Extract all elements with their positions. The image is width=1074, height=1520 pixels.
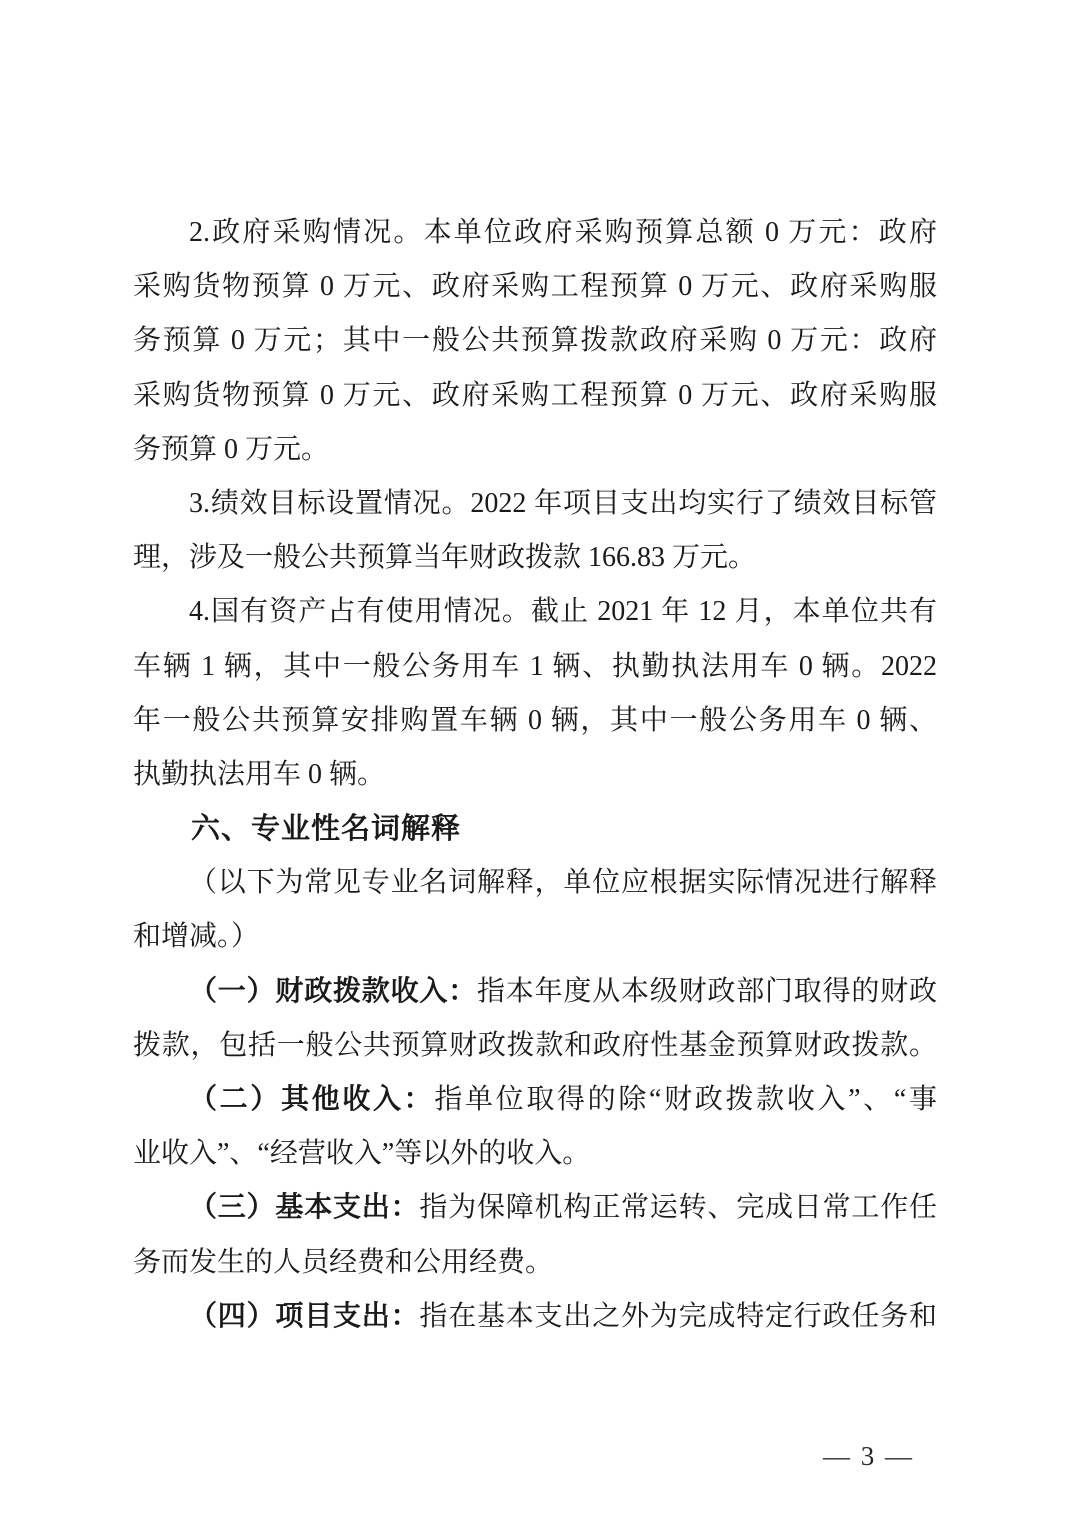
procurement-line-4: 采购货物预算 0 万元、政府采购工程预算 0 万元、政府采购服 xyxy=(133,369,937,423)
glossary-note-line-1: （以下为常见专业名词解释，单位应根据实际情况进行解释 xyxy=(133,856,937,910)
glossary-section-heading: 六、专业性名词解释 xyxy=(133,802,937,856)
term-other-income-line-1: （二）其他收入：指单位取得的除“财政拨款收入”、“事 xyxy=(133,1073,937,1127)
term-basic-expenditure-line-2: 务而发生的人员经费和公用经费。 xyxy=(133,1236,937,1290)
glossary-note-line-2: 和增减。） xyxy=(133,910,937,964)
procurement-line-3: 务预算 0 万元；其中一般公共预算拨款政府采购 0 万元：政府 xyxy=(133,314,937,368)
state-assets-line-1: 4.国有资产占有使用情况。截止 2021 年 12 月，本单位共有 xyxy=(133,585,937,639)
term-definition-fiscal-appropriation-income: 指本年度从本级财政部门取得的财政 xyxy=(477,976,937,1007)
term-fiscal-appropriation-income-line-1: （一）财政拨款收入：指本年度从本级财政部门取得的财政 xyxy=(133,965,937,1019)
term-definition-project-expenditure: 指在基本支出之外为完成特定行政任务和 xyxy=(419,1301,937,1332)
term-definition-basic-expenditure: 指为保障机构正常运转、完成日常工作任 xyxy=(419,1192,937,1223)
term-fiscal-appropriation-income-line-2: 拨款，包括一般公共预算财政拨款和政府性基金预算财政拨款。 xyxy=(133,1019,937,1073)
term-other-income-line-2: 业收入”、“经营收入”等以外的收入。 xyxy=(133,1127,937,1181)
procurement-line-2: 采购货物预算 0 万元、政府采购工程预算 0 万元、政府采购服 xyxy=(133,260,937,314)
page-number: — 3 — xyxy=(823,1441,914,1471)
term-basic-expenditure-line-1: （三）基本支出：指为保障机构正常运转、完成日常工作任 xyxy=(133,1181,937,1235)
procurement-line-1: 2.政府采购情况。本单位政府采购预算总额 0 万元：政府 xyxy=(133,206,937,260)
performance-goals-line-1: 3.绩效目标设置情况。2022 年项目支出均实行了绩效目标管 xyxy=(133,477,937,531)
state-assets-line-2: 车辆 1 辆，其中一般公务用车 1 辆、执勤执法用车 0 辆。2022 xyxy=(133,640,937,694)
term-label-other-income: （二）其他收入： xyxy=(189,1084,434,1115)
term-label-project-expenditure: （四）项目支出： xyxy=(189,1301,419,1332)
term-label-basic-expenditure: （三）基本支出： xyxy=(189,1192,419,1223)
procurement-line-5: 务预算 0 万元。 xyxy=(133,423,937,477)
term-project-expenditure-line-1: （四）项目支出：指在基本支出之外为完成特定行政任务和 xyxy=(133,1290,937,1344)
state-assets-line-4: 执勤执法用车 0 辆。 xyxy=(133,748,937,802)
page-footer: — 3 — xyxy=(788,1410,914,1503)
term-label-fiscal-appropriation-income: （一）财政拨款收入： xyxy=(189,976,477,1007)
document-content: 2.政府采购情况。本单位政府采购预算总额 0 万元：政府 采购货物预算 0 万元… xyxy=(133,206,937,1344)
document-page: 2.政府采购情况。本单位政府采购预算总额 0 万元：政府 采购货物预算 0 万元… xyxy=(0,0,1074,1520)
term-definition-other-income: 指单位取得的除“财政拨款收入”、“事 xyxy=(434,1084,937,1115)
performance-goals-line-2: 理，涉及一般公共预算当年财政拨款 166.83 万元。 xyxy=(133,531,937,585)
state-assets-line-3: 年一般公共预算安排购置车辆 0 辆，其中一般公务用车 0 辆、 xyxy=(133,694,937,748)
